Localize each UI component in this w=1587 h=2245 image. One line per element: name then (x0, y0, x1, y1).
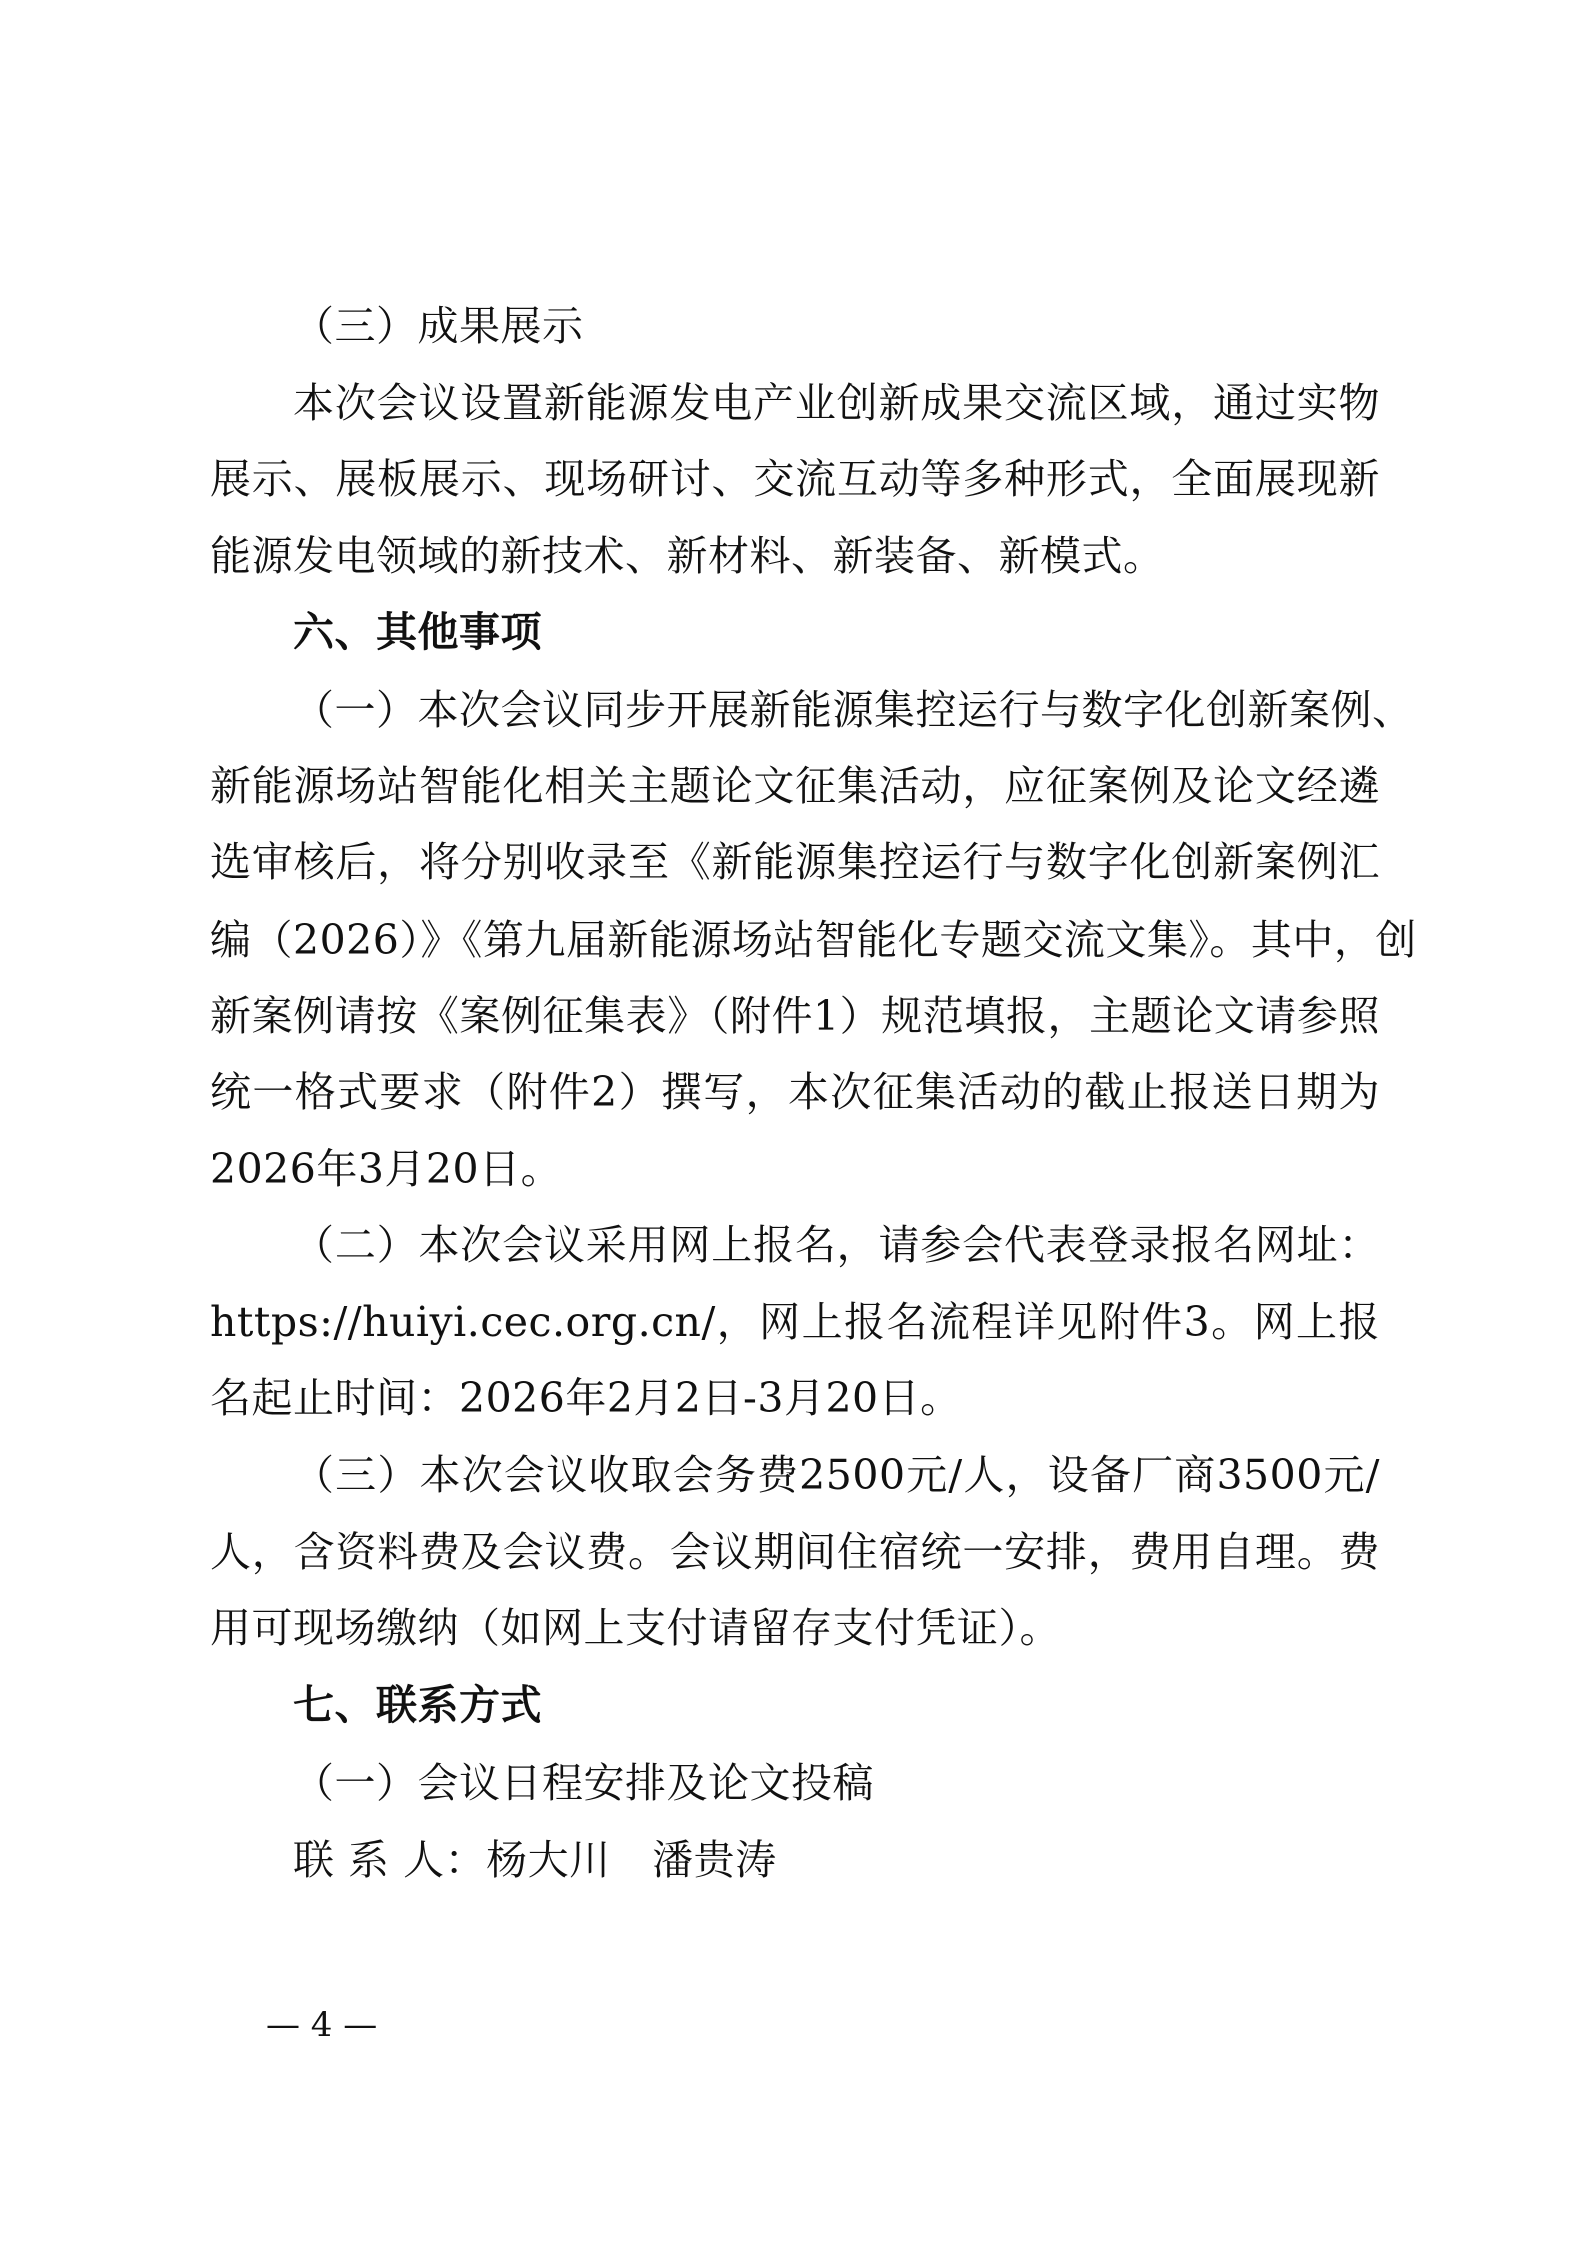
subsection-heading-achievement-display: （三）成果展示 (293, 296, 1380, 356)
paragraph-line: 展示、展板展示、现场研讨、交流互动等多种形式，全面展现新 (210, 449, 1380, 509)
paragraph-line: 能源发电领域的新技术、新材料、新装备、新模式。 (210, 526, 1380, 586)
paragraph-line: 新案例请按《案例征集表》（附件1）规范填报，主题论文请参照 (210, 986, 1380, 1046)
paragraph-line-fees: （三）本次会议收取会务费2500元/人，设备厂商3500元/ (293, 1445, 1380, 1505)
section-heading-other-matters: 六、其他事项 (293, 602, 1380, 662)
paragraph-line: 新能源场站智能化相关主题论文征集活动，应征案例及论文经遴 (210, 756, 1380, 816)
paragraph-line: 编（2026）》《第九届新能源场站智能化专题交流文集》。其中，创 (210, 910, 1380, 970)
subsection-heading-schedule-papers: （一）会议日程安排及论文投稿 (293, 1753, 1380, 1813)
paragraph-line: （一）本次会议同步开展新能源集控运行与数字化创新案例、 (293, 680, 1380, 740)
paragraph-line: 选审核后，将分别收录至《新能源集控运行与数字化创新案例汇 (210, 832, 1380, 892)
document-page: （三）成果展示 本次会议设置新能源发电产业创新成果交流区域，通过实物 展示、展板… (0, 0, 1587, 2245)
paragraph-line: 本次会议设置新能源发电产业创新成果交流区域，通过实物 (293, 373, 1380, 433)
section-heading-contact: 七、联系方式 (293, 1675, 1380, 1735)
contact-persons: 联 系 人：杨大川 潘贵涛 (293, 1830, 1380, 1890)
paragraph-line: 统一格式要求（附件2）撰写，本次征集活动的截止报送日期为 (210, 1062, 1380, 1122)
page-number: — 4 — (266, 2000, 377, 2050)
paragraph-line: 用可现场缴纳（如网上支付请留存支付凭证）。 (210, 1598, 1380, 1658)
paragraph-line: （二）本次会议采用网上报名，请参会代表登录报名网址： (293, 1215, 1380, 1275)
paragraph-line-deadline: 2026年3月20日。 (210, 1139, 1380, 1199)
registration-url-line: https://huiyi.cec.org.cn/，网上报名流程详见附件3。网上… (210, 1292, 1380, 1352)
paragraph-line-registration-period: 名起止时间：2026年2月2日-3月20日。 (210, 1368, 1380, 1428)
paragraph-line: 人，含资料费及会议费。会议期间住宿统一安排，费用自理。费 (210, 1522, 1380, 1582)
